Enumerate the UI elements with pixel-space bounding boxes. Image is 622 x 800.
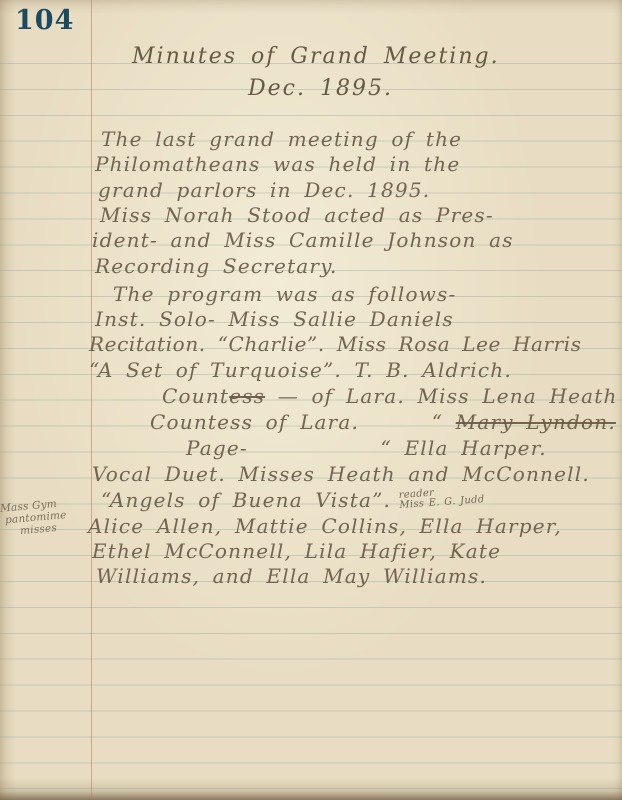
role-label: Countess of Lara. [150,410,359,434]
manuscript-line: “Angels of Buena Vista”.readerMiss E. G.… [101,488,484,512]
role-cast: — of Lara. Miss Lena Heath [278,384,618,408]
manuscript-line: Philomatheans was held in the [95,152,460,176]
manuscript-line: Countess of Lara. “ Mary Lyndon. [150,410,616,434]
song-title: “Angels of Buena Vista”. [101,488,391,512]
manuscript-line: The program was as follows- [113,282,456,306]
manuscript-line: Alice Allen, Mattie Collins, Ella Harper… [88,514,562,538]
manuscript-line: Miss Norah Stood acted as Pres- [100,203,494,227]
manuscript-line: grand parlors in Dec. 1895. [98,178,430,202]
inline-annotation: readerMiss E. G. Judd [399,485,485,511]
role-cast: Ella Harper. [404,436,546,460]
manuscript-line: Recording Secretary. [95,254,338,278]
struck-name: Mary Lyndon. [456,410,616,434]
manuscript-line: Williams, and Ella May Williams. [96,564,487,588]
margin-note: Mass Gym pantomime misses [0,495,88,538]
manuscript-line: The last grand meeting of the [101,127,462,151]
manuscript-line: Recitation. “Charlie”. Miss Rosa Lee Har… [89,332,582,356]
role-label: Page- [186,436,248,460]
manuscript-line: Vocal Duet. Misses Heath and McConnell. [92,462,590,486]
manuscript-line: Ethel McConnell, Lila Hafier, Kate [92,539,501,563]
manuscript-line: Countess — of Lara. Miss Lena Heath [162,384,618,408]
ditto-mark: “ [432,410,443,434]
role-label: Count [162,384,229,408]
manuscript-line: “A Set of Turquoise”. T. B. Aldrich. [89,358,512,382]
page-number: 104 [15,5,74,36]
struck-text: ess [229,384,265,408]
margin-rule-line [91,0,92,800]
heading-title: Minutes of Grand Meeting. [132,44,500,69]
manuscript-line: Page- “ Ella Harper. [186,436,547,460]
manuscript-line: ident- and Miss Camille Johnson as [92,228,514,252]
notebook-page: 104 Minutes of Grand Meeting. Dec. 1895.… [0,0,622,800]
heading-date: Dec. 1895. [248,76,393,101]
manuscript-line: Inst. Solo- Miss Sallie Daniels [95,307,454,331]
ditto-mark: “ [380,436,391,460]
